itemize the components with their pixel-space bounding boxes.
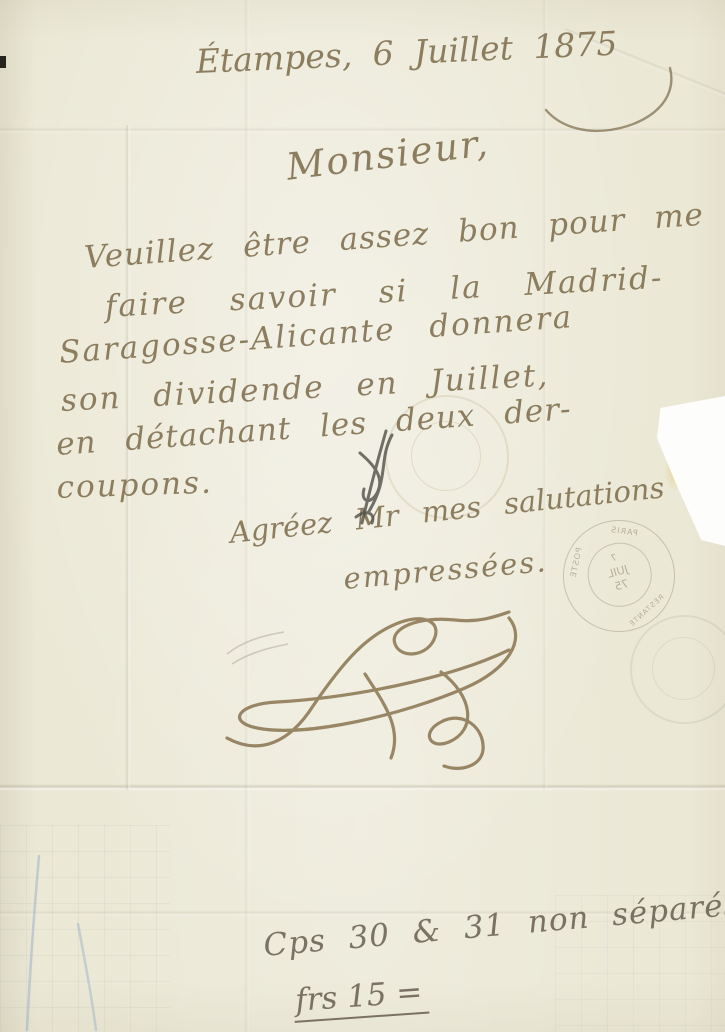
pencil-scribble [348,425,413,530]
body-line-6: coupons. [56,465,213,506]
price-note-text: frs 15 = [292,974,430,1023]
blue-crayon-marks [12,852,112,1032]
edge-print-mark [0,56,6,68]
fold-crease-horizontal-main [0,784,725,791]
postmark-faint-green [630,615,725,724]
price-note: frs 15 = [292,974,430,1019]
dateline-flourish [528,62,678,142]
postmark-ring-text-top: PARIS [610,525,639,538]
letter-scan: PARIS POSTE RESTANTE 7 JUIL 75 Étampes, … [0,0,725,1032]
pencil-smudge [222,624,292,669]
closing-line-2: empressées. [342,544,549,596]
